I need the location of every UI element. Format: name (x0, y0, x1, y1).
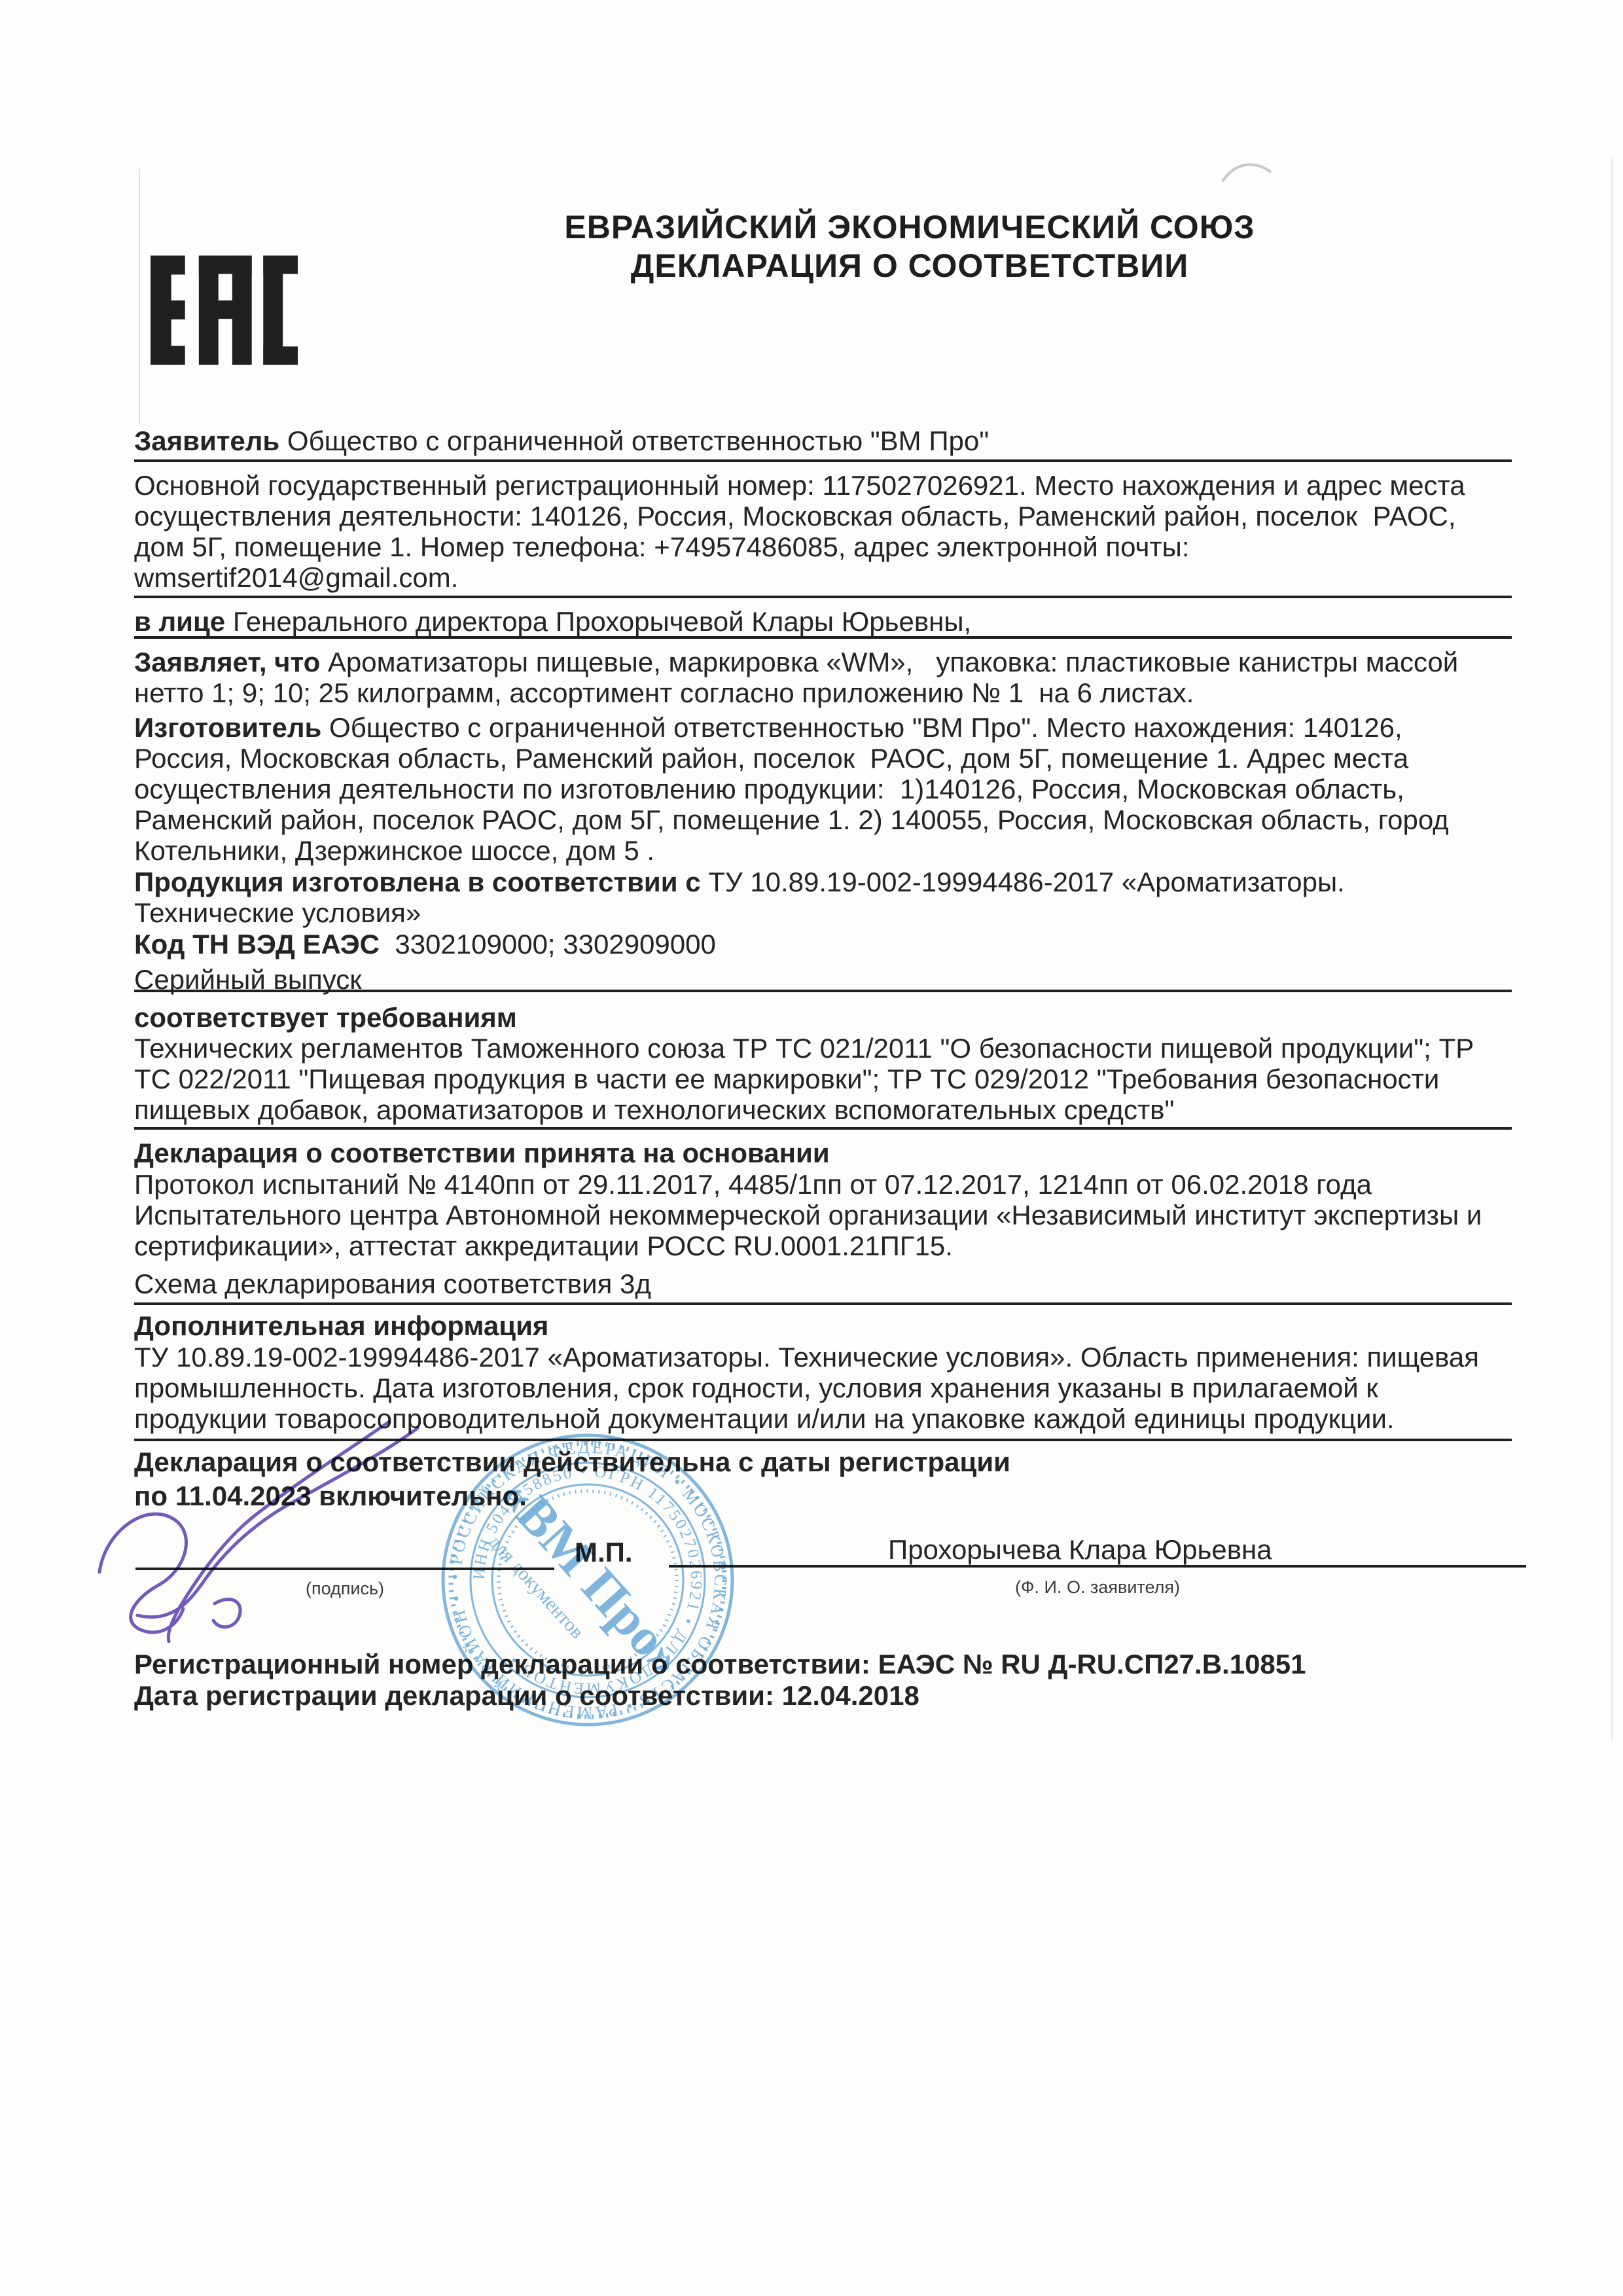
regulations-line: ТС 022/2011 "Пищевая продукция в части е… (134, 1064, 1474, 1094)
section-rule (134, 990, 1512, 992)
declares-line-1: Заявляет, что Ароматизаторы пищевые, мар… (134, 647, 1458, 677)
signature-graphic (59, 1407, 438, 1643)
protocol-paragraph: Протокол испытаний № 4140пп от 29.11.201… (134, 1169, 1482, 1261)
in-face-value: Генерального директора Прохорычевой Клар… (225, 606, 971, 637)
protocol-line: Протокол испытаний № 4140пп от 29.11.201… (134, 1169, 1482, 1200)
declares-value: Ароматизаторы пищевые, маркировка «WM», … (320, 647, 1458, 677)
eac-logo-graphic (151, 247, 298, 373)
basis-heading: Декларация о соответствии принята на осн… (134, 1138, 830, 1168)
section-rule (134, 1302, 1512, 1305)
manufacturer-line: осуществления деятельности по изготовлен… (134, 774, 1449, 804)
section-rule (134, 459, 1512, 462)
fio-caption: (Ф. И. О. заявителя) (669, 1577, 1526, 1598)
in-face-row: в лице Генерального директора Прохорычев… (134, 606, 971, 637)
applicant-details-line: Основной государственный регистрационный… (134, 470, 1465, 501)
section-rule (134, 596, 1512, 598)
manufacturer-value: Общество с ограниченной ответственностью… (321, 712, 1402, 743)
produced-label: Продукция изготовлена в соответствии с (134, 867, 701, 897)
scan-edge-line (1611, 157, 1613, 1741)
produced-value: ТУ 10.89.19-002-19994486-2017 «Ароматиза… (701, 867, 1345, 897)
meets-requirements-heading: соответствует требованиям (134, 1002, 517, 1033)
applicant-details-line: осуществления деятельности: 140126, Росс… (134, 501, 1465, 531)
scan-streak (139, 169, 140, 424)
declares-label: Заявляет, что (134, 647, 320, 677)
regulations-paragraph: Технических регламентов Таможенного союз… (134, 1033, 1474, 1125)
eac-logo (151, 247, 298, 373)
applicant-details-line: дом 5Г, помещение 1. Номер телефона: +74… (134, 531, 1465, 562)
company-stamp: • РОССИЙСКАЯ ФЕДЕРАЦИЯ • МОСКОВСКАЯ ОБЛА… (437, 1429, 738, 1731)
tnved-code-value: 3302109000; 3302909000 (380, 929, 716, 960)
additional-info-heading: Дополнительная информация (134, 1310, 548, 1341)
declares-line-2: нетто 1; 9; 10; 25 килограмм, ассортимен… (134, 677, 1458, 708)
scheme-row: Схема декларирования соответствия 3д (134, 1268, 651, 1299)
manufacturer-label: Изготовитель (134, 712, 321, 743)
manufacturer-line-1: Изготовитель Общество с ограниченной отв… (134, 712, 1449, 743)
fio-line (669, 1565, 1526, 1568)
applicant-fio: Прохорычева Клара Юрьевна (888, 1534, 1272, 1565)
protocol-line: Испытательного центра Автономной некомме… (134, 1200, 1482, 1230)
produced-line-2: Технические условия» (134, 897, 1345, 928)
handwritten-signature (59, 1407, 438, 1643)
applicant-label: Заявитель (134, 425, 279, 456)
regulations-line: пищевых добавок, ароматизаторов и технол… (134, 1094, 1474, 1125)
tnved-code-label: Код ТН ВЭД ЕАЭС (134, 929, 380, 960)
applicant-value: Общество с ограниченной ответственностью… (279, 425, 989, 456)
document-title: ЕВРАЗИЙСКИЙ ЭКОНОМИЧЕСКИЙ СОЮЗ ДЕКЛАРАЦИ… (452, 208, 1368, 285)
title-line-2: ДЕКЛАРАЦИЯ О СООТВЕТСТВИИ (452, 247, 1368, 285)
tnved-code-row: Код ТН ВЭД ЕАЭС 3302109000; 3302909000 (134, 929, 716, 960)
tu-info-line: ТУ 10.89.19-002-19994486-2017 «Ароматиза… (134, 1342, 1479, 1372)
produced-line-1: Продукция изготовлена в соответствии с Т… (134, 867, 1345, 897)
manufacturer-paragraph: Изготовитель Общество с ограниченной отв… (134, 712, 1449, 866)
applicant-row: Заявитель Общество с ограниченной ответс… (134, 425, 989, 456)
applicant-details-line: wmsertif2014@gmail.com. (134, 562, 1465, 593)
manufacturer-line: Раменский район, поселок РАОС, дом 5Г, п… (134, 804, 1449, 835)
tu-info-line: промышленность. Дата изготовления, срок … (134, 1372, 1479, 1403)
manufacturer-line: Котельники, Дзержинское шоссе, дом 5 . (134, 835, 1449, 866)
in-face-label: в лице (134, 606, 225, 637)
regulations-line: Технических регламентов Таможенного союз… (134, 1033, 1474, 1064)
title-line-1: ЕВРАЗИЙСКИЙ ЭКОНОМИЧЕСКИЙ СОЮЗ (452, 208, 1368, 247)
section-rule (134, 636, 1512, 639)
section-rule (134, 1127, 1512, 1130)
declaration-document-page: ЕВРАЗИЙСКИЙ ЭКОНОМИЧЕСКИЙ СОЮЗ ДЕКЛАРАЦИ… (0, 0, 1623, 2296)
manufacturer-line: Россия, Московская область, Раменский ра… (134, 743, 1449, 774)
pen-mark (1217, 154, 1276, 196)
produced-paragraph: Продукция изготовлена в соответствии с Т… (134, 867, 1345, 928)
protocol-line: сертификации», аттестат аккредитации РОС… (134, 1230, 1482, 1261)
applicant-details: Основной государственный регистрационный… (134, 470, 1465, 593)
declares-paragraph: Заявляет, что Ароматизаторы пищевые, мар… (134, 647, 1458, 708)
company-stamp-graphic: • РОССИЙСКАЯ ФЕДЕРАЦИЯ • МОСКОВСКАЯ ОБЛА… (437, 1429, 738, 1731)
